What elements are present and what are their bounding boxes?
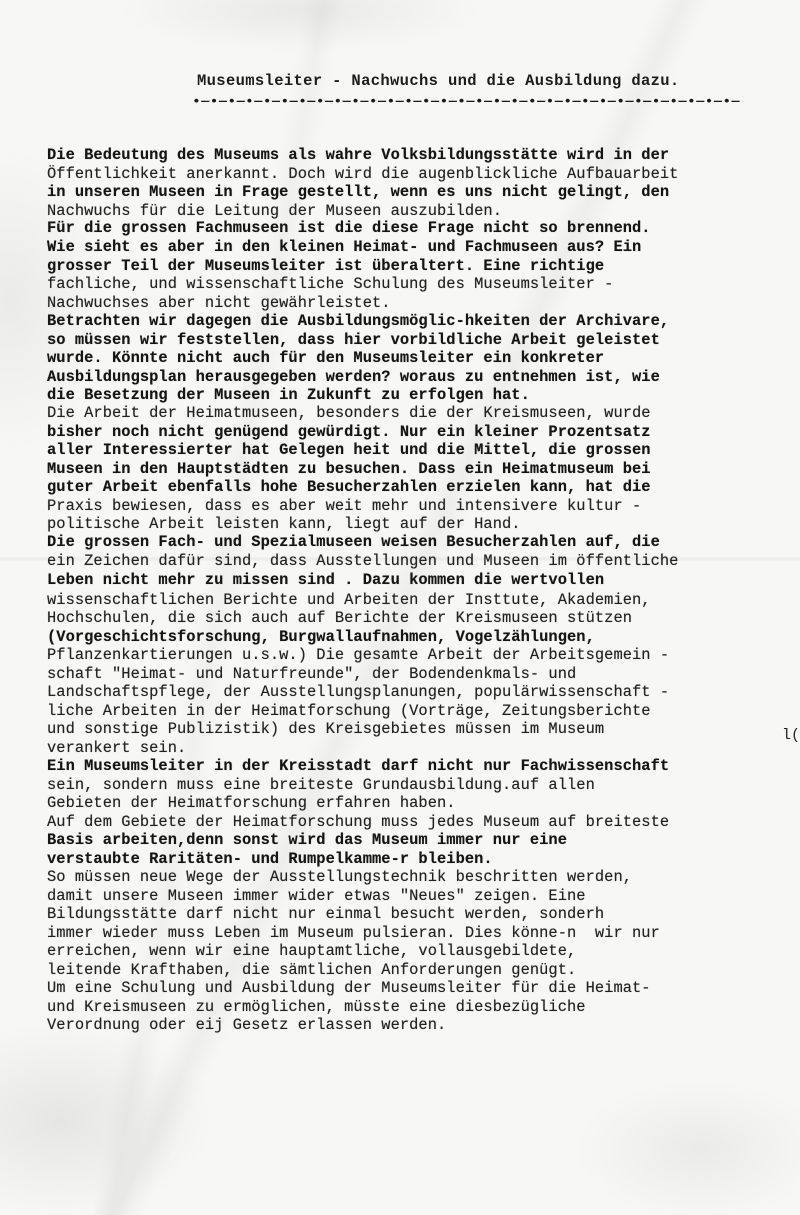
document-line: verankert sein. [47, 739, 186, 757]
document-line: aller Interessierter hat Gelegen heit un… [47, 441, 651, 459]
document-line: Die Arbeit der Heimatmuseen, besonders d… [47, 404, 651, 422]
document-line: Nachwuchs für die Leitung der Museen aus… [47, 202, 502, 220]
document-line: Öffentlichkeit anerkannt. Doch wird die … [47, 165, 678, 183]
document-line: Betrachten wir dagegen die Ausbildungsmö… [47, 312, 669, 330]
document-line: Verordnung oder eij Gesetz erlassen werd… [47, 1016, 446, 1034]
document-line: Die Bedeutung des Museums als wahre Volk… [47, 146, 669, 164]
document-line: Für die grossen Fachmuseen ist die diese… [47, 219, 651, 237]
document-line: Nachwuchses aber nicht gewährleistet. [47, 294, 391, 312]
document-line: Gebieten der Heimatforschung erfahren ha… [47, 794, 456, 812]
document-line: liche Arbeiten in der Heimatforschung (V… [47, 702, 651, 720]
document-line: fachliche, und wissenschaftliche Schulun… [47, 275, 613, 293]
document-line: Hochschulen, die sich auch auf Berichte … [47, 609, 632, 627]
document-line: und sonstige Publizistik) des Kreisgebie… [47, 720, 604, 738]
title-underline-rule: •‒•‒•‒•‒•‒•‒•‒•‒•‒•‒•‒•‒•‒•‒•‒•‒•‒•‒•‒•‒… [192, 94, 740, 109]
document-line: so müssen wir feststellen, dass hier vor… [47, 331, 660, 349]
margin-mark: l( [782, 727, 800, 744]
document-line: wissenschaftlichen Berichte und Arbeiten… [47, 591, 651, 609]
document-line: damit unsere Museen immer wider etwas "N… [47, 887, 586, 905]
document-line: die Besetzung der Museen in Zukunft zu e… [47, 386, 530, 404]
document-line: verstaubte Raritäten- und Rumpelkamme-r … [47, 850, 493, 868]
document-line: Bildungsstätte darf nicht nur einmal bes… [47, 905, 604, 923]
document-line: politische Arbeit leisten kann, liegt au… [47, 515, 521, 533]
document-line: So müssen neue Wege der Ausstellungstech… [47, 868, 632, 886]
document-line: Praxis bewiesen, dass es aber weit mehr … [47, 497, 641, 515]
document-line: Museen in den Hauptstädten zu besuchen. … [47, 460, 651, 478]
document-line: ein Zeichen dafür sind, dass Ausstellung… [47, 552, 678, 570]
document-line: Wie sieht es aber in den kleinen Heimat-… [47, 238, 641, 256]
document-line: Ein Museumsleiter in der Kreisstadt darf… [47, 757, 669, 775]
scanned-paper-page: Museumsleiter - Nachwuchs und die Ausbil… [0, 0, 800, 1215]
document-line: und Kreismuseen zu ermöglichen, müsste e… [47, 998, 586, 1016]
document-line: in unseren Museen in Frage gestellt, wen… [47, 183, 669, 201]
document-line: (Vorgeschichtsforschung, Burgwallaufnahm… [47, 628, 595, 646]
document-line: guter Arbeit ebenfalls hohe Besucherzahl… [47, 478, 651, 496]
document-line: wurde. Könnte nicht auch für den Museums… [47, 349, 604, 367]
document-line: Ausbildungsplan herausgegeben werden? wo… [47, 368, 660, 386]
document-line: erreichen, wenn wir eine hauptamtliche, … [47, 942, 576, 960]
document-line: immer wieder muss Leben im Museum pulsie… [47, 924, 660, 942]
document-line: leitende Krafthaben, die sämtlichen Anfo… [47, 961, 576, 979]
document-line: grosser Teil der Museumsleiter ist übera… [47, 257, 604, 275]
document-line: schaft "Heimat- und Naturfreunde", der B… [47, 665, 576, 683]
document-line: Basis arbeiten,denn sonst wird das Museu… [47, 831, 567, 849]
document-line: Landschaftspflege, der Ausstellungsplanu… [47, 683, 669, 701]
document-line: Pflanzenkartierungen u.s.w.) Die gesamte… [47, 646, 669, 664]
document-line: sein, sondern muss eine breiteste Grunda… [47, 776, 595, 794]
document-line: Auf dem Gebiete der Heimatforschung muss… [47, 813, 669, 831]
document-title: Museumsleiter - Nachwuchs und die Ausbil… [197, 72, 680, 90]
document-line: bisher noch nicht genügend gewürdigt. Nu… [47, 423, 651, 441]
document-line: Die grossen Fach- und Spezialmuseen weis… [47, 533, 660, 551]
document-line: Um eine Schulung und Ausbildung der Muse… [47, 979, 651, 997]
document-line: Leben nicht mehr zu missen sind . Dazu k… [47, 571, 604, 589]
